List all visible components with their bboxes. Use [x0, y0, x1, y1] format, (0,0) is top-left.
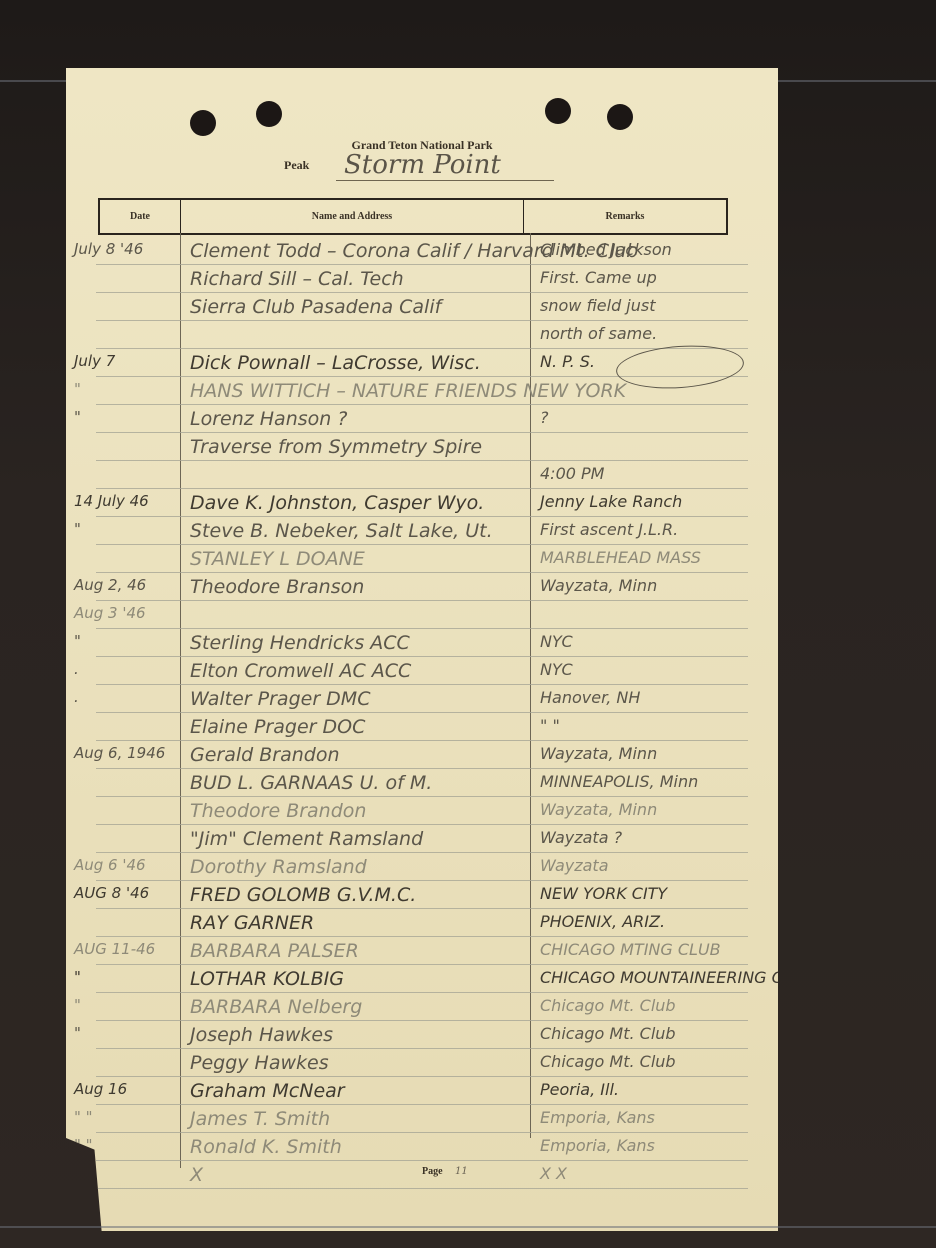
- entry-remark: NEW YORK CITY: [540, 884, 667, 903]
- entry-name: HANS WITTICH – NATURE FRIENDS NEW YORK: [190, 380, 626, 402]
- entry-remark: First ascent J.L.R.: [540, 520, 678, 539]
- entry-date: AUG 11-46: [74, 940, 155, 958]
- entry-remark: north of same.: [540, 324, 657, 343]
- entry-remark: Peoria, Ill.: [540, 1080, 619, 1099]
- entry-date: Aug 3 '46: [74, 604, 146, 622]
- entry-name: "Jim" Clement Ramsland: [190, 828, 423, 850]
- entry-name: LOTHAR KOLBIG: [190, 968, 344, 990]
- entry-remark: CHICAGO MOUNTAINEERING C.: [540, 968, 788, 987]
- binder-hole: [545, 98, 571, 124]
- entry-remark: ?: [540, 408, 549, 427]
- entry-name: Sterling Hendricks ACC: [190, 632, 410, 654]
- entry-remark: Jenny Lake Ranch: [540, 492, 682, 511]
- entry-name: FRED GOLOMB G.V.M.C.: [190, 884, 416, 906]
- entry-date: ": [74, 520, 81, 538]
- display-case-edge-bottom: [0, 1226, 936, 1228]
- entry-date: ": [74, 968, 81, 986]
- column-header-name-address: Name and Address: [181, 200, 524, 233]
- entry-name: Elton Cromwell AC ACC: [190, 660, 411, 682]
- entry-name: Theodore Brandon: [190, 800, 366, 822]
- entry-remark: Chicago Mt. Club: [540, 1024, 676, 1043]
- entry-name: Traverse from Symmetry Spire: [190, 436, 482, 458]
- entry-date: July 8 '46: [74, 240, 143, 258]
- entry-name: Walter Prager DMC: [190, 688, 370, 710]
- entry-name: Gerald Brandon: [190, 744, 340, 766]
- entry-remark: " ": [540, 716, 560, 735]
- entry-name: Peggy Hawkes: [190, 1052, 329, 1074]
- entry-remark: Chicago Mt. Club: [540, 996, 676, 1015]
- page-number: 11: [455, 1166, 468, 1177]
- entry-remark: NYC: [540, 632, 573, 651]
- entry-date: Aug 6, 1946: [74, 744, 165, 762]
- peak-name: Storm Point: [336, 150, 554, 181]
- entry-date: ": [74, 1024, 81, 1042]
- entry-name: Steve B. Nebeker, Salt Lake, Ut.: [190, 520, 493, 542]
- entry-name: X: [190, 1164, 203, 1186]
- page-label: Page: [422, 1166, 443, 1177]
- entry-date: Aug 16: [74, 1080, 127, 1098]
- entry-remark: N. P. S.: [540, 352, 595, 371]
- entry-remark: X X: [540, 1164, 567, 1183]
- entry-date: Aug 6 '46: [74, 856, 146, 874]
- entry-name: Ronald K. Smith: [190, 1136, 342, 1158]
- entry-remark: Chicago Mt. Club: [540, 1052, 676, 1071]
- entry-name: Dave K. Johnston, Casper Wyo.: [190, 492, 484, 514]
- entry-name: Lorenz Hanson ?: [190, 408, 347, 430]
- entry-remark: snow field just: [540, 296, 656, 315]
- summit-register-page: Grand Teton National Park Peak Storm Poi…: [66, 68, 778, 1231]
- entry-remark: Emporia, Kans: [540, 1136, 655, 1155]
- entry-name: Joseph Hawkes: [190, 1024, 333, 1046]
- entry-name: Elaine Prager DOC: [190, 716, 365, 738]
- page-footer: Page 11: [422, 1166, 468, 1177]
- entry-name: BARBARA Nelberg: [190, 996, 362, 1018]
- entry-date: .: [74, 660, 79, 678]
- binder-hole: [190, 110, 216, 136]
- entry-date: ": [74, 996, 81, 1014]
- entry-name: STANLEY L DOANE: [190, 548, 365, 570]
- column-header-remarks: Remarks: [524, 200, 726, 233]
- entry-date: " ": [74, 1136, 93, 1154]
- entry-name: Theodore Branson: [190, 576, 364, 598]
- entry-name: James T. Smith: [190, 1108, 330, 1130]
- entry-date: ": [74, 408, 81, 426]
- entry-remark: Wayzata, Minn: [540, 744, 657, 763]
- entry-remark: Wayzata ?: [540, 828, 622, 847]
- binder-hole: [607, 104, 633, 130]
- entry-name: Dick Pownall – LaCrosse, Wisc.: [190, 352, 481, 374]
- entry-name: Graham McNear: [190, 1080, 345, 1102]
- entry-date: July 7: [74, 352, 115, 370]
- entry-date: AUG 8 '46: [74, 884, 149, 902]
- entry-remark: First. Came up: [540, 268, 657, 287]
- entry-date: .: [74, 688, 79, 706]
- column-header-date: Date: [100, 200, 181, 233]
- entry-remark: Wayzata: [540, 856, 609, 875]
- entry-remark: Hanover, NH: [540, 688, 640, 707]
- entry-remark: MINNEAPOLIS, Minn: [540, 772, 698, 791]
- entry-date: 14 July 46: [74, 492, 149, 510]
- register-table-header: Date Name and Address Remarks: [98, 198, 728, 235]
- entry-name: RAY GARNER: [190, 912, 314, 934]
- entry-remark: CHICAGO MTING CLUB: [540, 940, 721, 959]
- entry-remark: Wayzata, Minn: [540, 800, 657, 819]
- entry-name: Sierra Club Pasadena Calif: [190, 296, 441, 318]
- entry-remark: NYC: [540, 660, 573, 679]
- entry-name: BUD L. GARNAAS U. of M.: [190, 772, 432, 794]
- entry-date: " ": [74, 1108, 93, 1126]
- binder-hole: [256, 101, 282, 127]
- entry-remark: Climbed Jackson: [540, 240, 672, 259]
- entry-remark: MARBLEHEAD MASS: [540, 548, 701, 567]
- entry-remark: Wayzata, Minn: [540, 576, 657, 595]
- entry-name: BARBARA PALSER: [190, 940, 359, 962]
- entry-name: Richard Sill – Cal. Tech: [190, 268, 404, 290]
- entry-date: ": [74, 380, 81, 398]
- entry-remark: 4:00 PM: [540, 464, 604, 483]
- entry-remark: Emporia, Kans: [540, 1108, 655, 1127]
- entry-name: Dorothy Ramsland: [190, 856, 367, 878]
- entry-date: Aug 2, 46: [74, 576, 146, 594]
- entry-remark: PHOENIX, ARIZ.: [540, 912, 665, 931]
- peak-label: Peak: [284, 158, 309, 173]
- entry-date: ": [74, 632, 81, 650]
